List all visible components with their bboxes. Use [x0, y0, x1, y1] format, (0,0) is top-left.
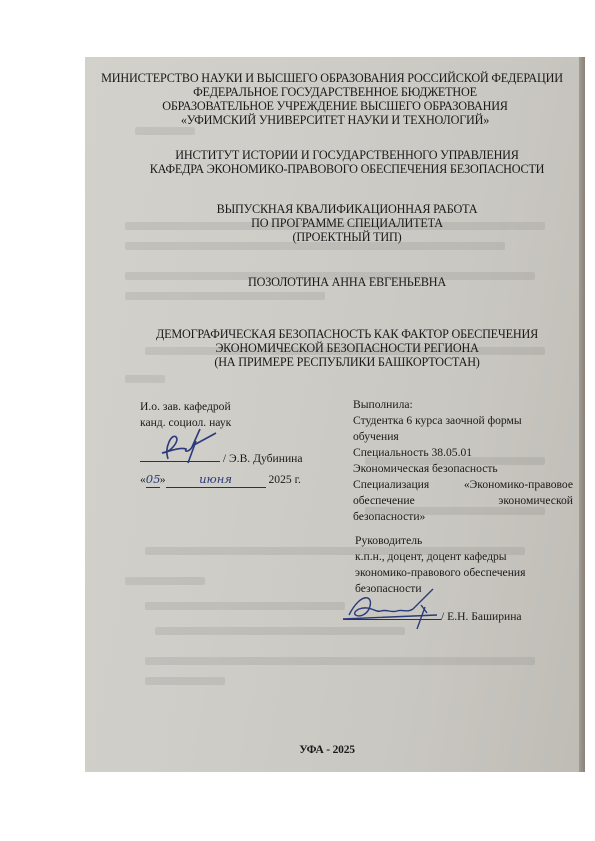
date-day: 05 [146, 471, 160, 488]
specialization-line: обеспечение экономической [353, 493, 573, 509]
title-line: ДЕМОГРАФИЧЕСКАЯ БЕЗОПАСНОСТЬ КАК ФАКТОР … [97, 327, 585, 341]
specialization-label: Специализация [353, 477, 429, 493]
institute-line: ИНСТИТУТ ИСТОРИИ И ГОСУДАРСТВЕННОГО УПРА… [97, 148, 585, 162]
header-line: «УФИМСКИЙ УНИВЕРСИТЕТ НАУКИ И ТЕХНОЛОГИЙ… [85, 113, 585, 127]
approval-date: «05»июня 2025 г. [140, 471, 340, 488]
ministry-header: МИНИСТЕРСТВО НАУКИ И ВЫСШЕГО ОБРАЗОВАНИЯ… [85, 71, 585, 127]
performer-line: Экономическая безопасность [353, 461, 573, 477]
work-type-block: ВЫПУСКНАЯ КВАЛИФИКАЦИОННАЯ РАБОТА ПО ПРО… [97, 202, 585, 244]
specialization-text: экономической [498, 493, 573, 509]
specialization-text: обеспечение [353, 493, 415, 509]
supervisor-name: / Е.Н. Баширина [441, 610, 522, 623]
supervisor-block: Руководитель к.п.н., доцент, доцент кафе… [355, 533, 575, 625]
specialization-line: Специализация «Экономико-правовое [353, 477, 573, 493]
header-line: МИНИСТЕРСТВО НАУКИ И ВЫСШЕГО ОБРАЗОВАНИЯ… [85, 71, 585, 85]
work-type-line: ВЫПУСКНАЯ КВАЛИФИКАЦИОННАЯ РАБОТА [97, 202, 585, 216]
specialization-text: «Экономико-правовое [464, 477, 573, 493]
supervisor-signature-line: / Е.Н. Баширина [355, 607, 575, 625]
performer-heading: Выполнила: [353, 397, 573, 413]
approver-name: / Э.В. Дубинина [223, 452, 303, 465]
header-line: ОБРАЗОВАТЕЛЬНОЕ УЧРЕЖДЕНИЕ ВЫСШЕГО ОБРАЗ… [85, 99, 585, 113]
department-line: КАФЕДРА ЭКОНОМИКО-ПРАВОВОГО ОБЕСПЕЧЕНИЯ … [97, 162, 585, 176]
performer-line: Специальность 38.05.01 [353, 445, 573, 461]
date-month: июня [166, 471, 266, 488]
author-name: ПОЗОЛОТИНА АННА ЕВГЕНЬЕВНА [97, 275, 585, 289]
header-line: ФЕДЕРАЛЬНОЕ ГОСУДАРСТВЕННОЕ БЮДЖЕТНОЕ [85, 85, 585, 99]
work-type-line: (ПРОЕКТНЫЙ ТИП) [97, 230, 585, 244]
thesis-title: ДЕМОГРАФИЧЕСКАЯ БЕЗОПАСНОСТЬ КАК ФАКТОР … [97, 327, 585, 369]
supervisor-line: экономико-правового обеспечения [355, 565, 575, 581]
institute-block: ИНСТИТУТ ИСТОРИИ И ГОСУДАРСТВЕННОГО УПРА… [97, 148, 585, 176]
work-type-line: ПО ПРОГРАММЕ СПЕЦИАЛИТЕТА [97, 216, 585, 230]
document-photo: МИНИСТЕРСТВО НАУКИ И ВЫСШЕГО ОБРАЗОВАНИЯ… [85, 57, 585, 772]
supervisor-heading: Руководитель [355, 533, 575, 549]
performer-line: Студентка 6 курса заочной формы [353, 413, 573, 429]
supervisor-signature-icon [341, 585, 451, 631]
performer-line: обучения [353, 429, 573, 445]
approver-signature-line: / Э.В. Дубинина [140, 449, 340, 467]
approver-position: И.о. зав. кафедрой [140, 399, 340, 415]
city-year: УФА - 2025 [85, 743, 577, 757]
title-line: (НА ПРИМЕРЕ РЕСПУБЛИКИ БАШКОРТОСТАН) [97, 355, 585, 369]
date-year: 2025 г. [269, 473, 301, 486]
approval-block: И.о. зав. кафедрой канд. социол. наук / … [140, 399, 340, 488]
performer-block: Выполнила: Студентка 6 курса заочной фор… [353, 397, 573, 525]
approver-signature-icon [150, 423, 220, 467]
specialization-line: безопасности» [353, 509, 573, 525]
title-line: ЭКОНОМИЧЕСКОЙ БЕЗОПАСНОСТИ РЕГИОНА [97, 341, 585, 355]
supervisor-line: к.п.н., доцент, доцент кафедры [355, 549, 575, 565]
